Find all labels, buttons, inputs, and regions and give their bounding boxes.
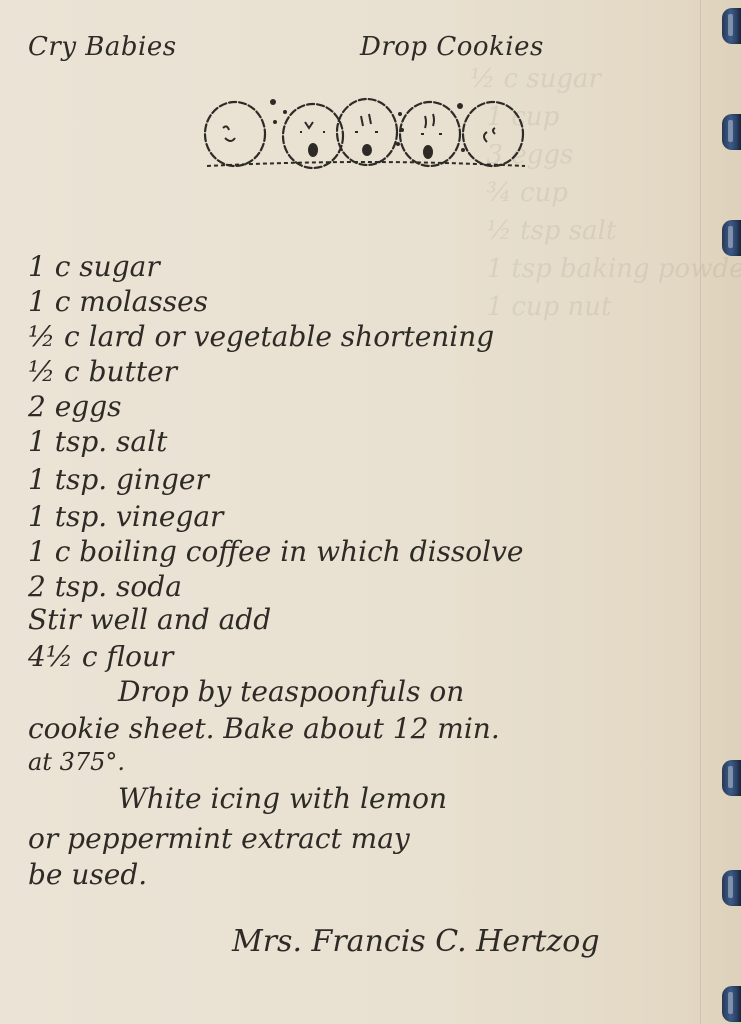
recipe-title-left: Cry Babies	[28, 32, 177, 62]
instruction-line: be used.	[28, 858, 147, 891]
ingredient-line: 1 c sugar	[28, 250, 160, 283]
instruction-line: at 375°.	[28, 748, 125, 776]
binding-ring-icon	[722, 8, 741, 44]
ingredient-line: 1 c molasses	[28, 285, 208, 318]
instruction-line: Drop by teaspoonfuls on	[118, 675, 464, 708]
recipe-page: ½ c sugar 1 cup 3 eggs ¾ cup ½ tsp salt …	[0, 0, 741, 1024]
recipe-title-right: Drop Cookies	[360, 32, 544, 62]
binding-ring-icon	[722, 114, 741, 150]
ingredient-line: ½ c butter	[28, 355, 177, 388]
binding-ring-icon	[722, 870, 741, 906]
ingredient-line: 2 tsp. soda	[28, 570, 182, 603]
binding-ring-icon	[722, 220, 741, 256]
ingredient-line: 1 tsp. salt	[28, 425, 167, 458]
ingredient-line: 4½ c flour	[28, 640, 173, 673]
recipe-signature: Mrs. Francis C. Hertzog	[232, 924, 600, 959]
ingredient-line: Stir well and add	[28, 603, 271, 636]
ingredient-line: 1 c boiling coffee in which dissolve	[28, 535, 524, 568]
instruction-line: White icing with lemon	[118, 782, 447, 815]
instruction-line: cookie sheet. Bake about 12 min.	[28, 712, 500, 745]
ingredient-line: 2 eggs	[28, 390, 122, 423]
ingredient-line: 1 tsp. ginger	[28, 463, 209, 496]
crying-babies-illustration-icon	[195, 92, 535, 172]
ingredient-line: ½ c lard or vegetable shortening	[28, 320, 494, 353]
binding-ring-icon	[722, 986, 741, 1022]
binding-ring-icon	[722, 760, 741, 796]
instruction-line: or peppermint extract may	[28, 822, 410, 855]
ingredient-line: 1 tsp. vinegar	[28, 500, 223, 533]
